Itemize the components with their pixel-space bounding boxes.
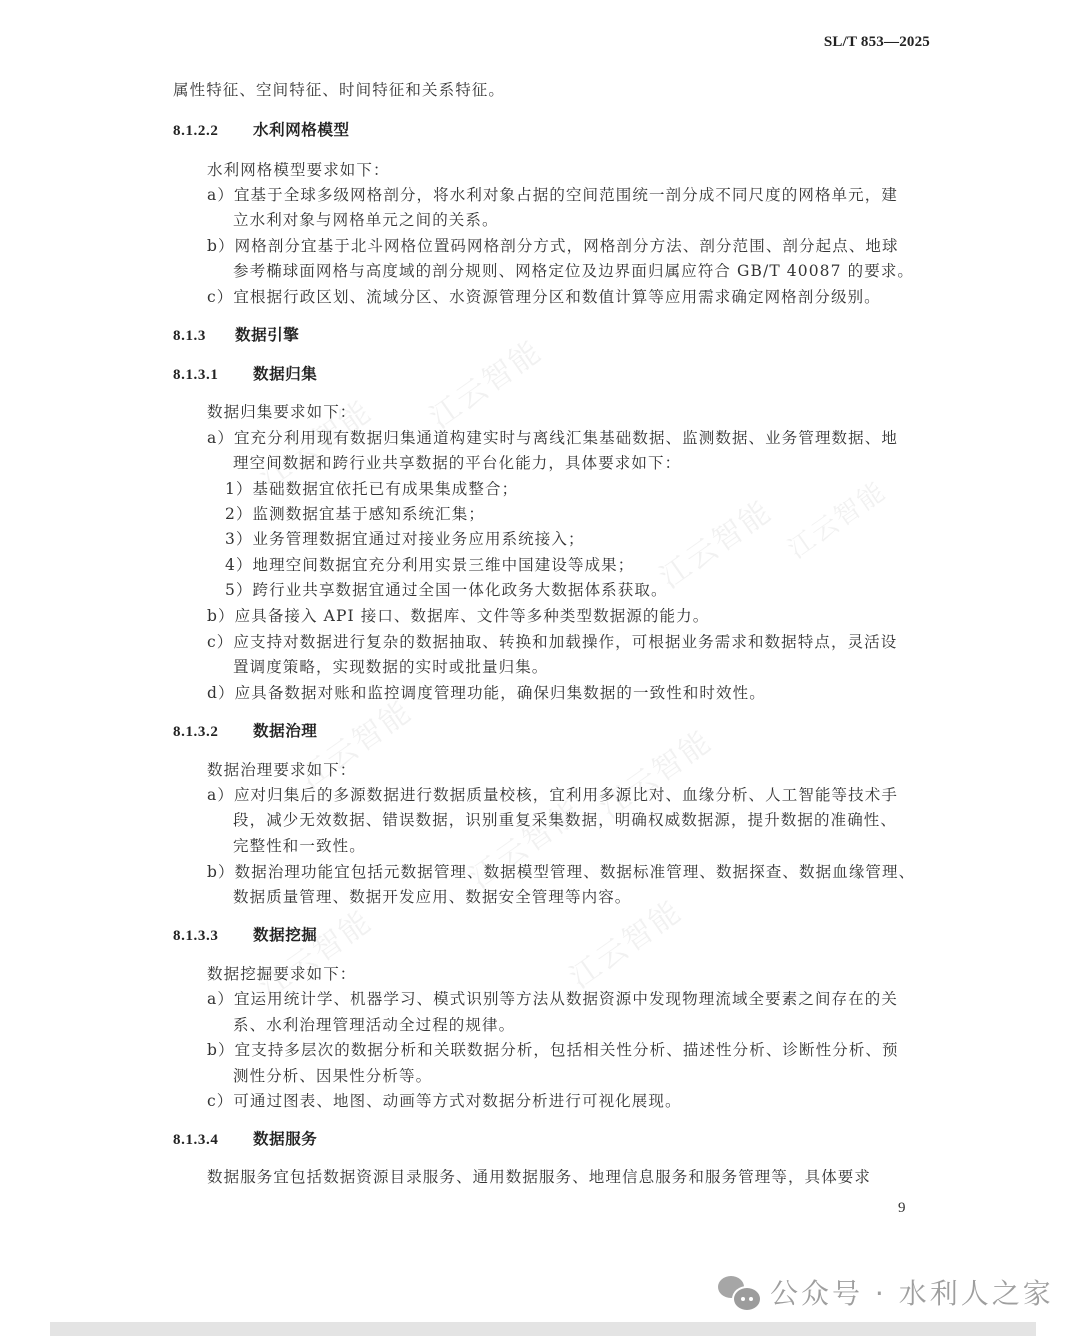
list-item-line: 置调度策略，实现数据的实时或批量归集。	[233, 657, 548, 677]
list-item-line: b）宜支持多层次的数据分析和关联数据分析，包括相关性分析、描述性分析、诊断性分析…	[207, 1040, 899, 1060]
section-title: 数据引擎	[235, 325, 299, 344]
section-heading-8-1-3: 8.1.3数据引擎	[173, 325, 299, 346]
sub-item-line: 4）地理空间数据宜充分利用实景三维中国建设等成果；	[225, 555, 634, 575]
section-heading-8-1-2-2: 8.1.2.2水利网格模型	[173, 120, 350, 141]
list-item-line: c）可通过图表、地图、动画等方式对数据分析进行可视化展现。	[207, 1091, 682, 1111]
list-item-line: d）应具备数据对账和监控调度管理功能，确保归集数据的一致性和时效性。	[207, 683, 766, 703]
section-number: 8.1.3.4	[173, 1130, 253, 1150]
list-item-line: 系、水利治理管理活动全过程的规律。	[233, 1015, 515, 1035]
section-title: 数据归集	[253, 364, 317, 383]
list-item-line: 完整性和一致性。	[233, 836, 366, 856]
list-item-line: b）数据治理功能宜包括元数据管理、数据模型管理、数据标准管理、数据探查、数据血缘…	[207, 862, 915, 882]
section-heading-8-1-3-1: 8.1.3.1数据归集	[173, 364, 317, 385]
wechat-icon	[718, 1274, 760, 1310]
list-item-line: a）宜充分利用现有数据归集通道构建实时与离线汇集基础数据、监测数据、业务管理数据…	[207, 428, 898, 448]
paragraph-line: 数据挖掘要求如下：	[207, 964, 356, 984]
section-title: 数据服务	[253, 1129, 317, 1148]
paragraph-line: 数据治理要求如下：	[207, 760, 356, 780]
watermark: 江云智能	[289, 687, 419, 796]
section-number: 8.1.3.2	[173, 722, 253, 742]
list-item-line: c）宜根据行政区划、流域分区、水资源管理分区和数值计算等应用需求确定网格剖分级别…	[207, 287, 881, 307]
paragraph-line: 数据服务宜包括数据资源目录服务、通用数据服务、地理信息服务和服务管理等，具体要求	[207, 1167, 871, 1187]
sub-item-line: 2）监测数据宜基于感知系统汇集；	[225, 504, 485, 524]
section-number: 8.1.3.3	[173, 926, 253, 946]
section-title: 水利网格模型	[253, 120, 350, 139]
section-number: 8.1.3	[173, 326, 235, 346]
section-heading-8-1-3-4: 8.1.3.4数据服务	[173, 1129, 317, 1150]
section-heading-8-1-3-3: 8.1.3.3数据挖掘	[173, 925, 317, 946]
section-number: 8.1.2.2	[173, 121, 253, 141]
list-item-line: c）应支持对数据进行复杂的数据抽取、转换和加载操作，可根据业务需求和数据特点，灵…	[207, 632, 897, 652]
sub-item-line: 1）基础数据宜依托已有成果集成整合；	[225, 479, 518, 499]
list-item-line: 立水利对象与网格单元之间的关系。	[233, 210, 499, 230]
sub-item-line: 5）跨行业共享数据宜通过全国一体化政务大数据体系获取。	[225, 580, 668, 600]
list-item-line: 测性分析、因果性分析等。	[233, 1066, 432, 1086]
list-item-line: 段，减少无效数据、错误数据，识别重复采集数据，明确权威数据源，提升数据的准确性、	[233, 810, 897, 830]
account-label: 公众号 · 水利人之家	[770, 1272, 1054, 1312]
paragraph-line: 属性特征、空间特征、时间特征和关系特征。	[173, 80, 505, 100]
bottom-bar	[50, 1322, 1036, 1336]
watermark: 江云智能	[780, 471, 893, 566]
standard-code: SL/T 853—2025	[824, 34, 930, 51]
page-number: 9	[898, 1200, 906, 1217]
list-item-line: 理空间数据和跨行业共享数据的平台化能力，具体要求如下：	[233, 453, 681, 473]
watermark: 江云智能	[419, 327, 549, 436]
list-item-line: b）应具备接入 API 接口、数据库、文件等多种类型数据源的能力。	[207, 606, 709, 626]
paragraph-line: 水利网格模型要求如下：	[207, 160, 390, 180]
watermark: 江云智能	[649, 487, 779, 596]
list-item-line: b）网格剖分宜基于北斗网格位置码网格剖分方式，网格剖分方法、剖分范围、剖分起点、…	[207, 236, 899, 256]
list-item-line: a）宜基于全球多级网格剖分，将水利对象占据的空间范围统一剖分成不同尺度的网格单元…	[207, 185, 898, 205]
paragraph-line: 数据归集要求如下：	[207, 402, 356, 422]
section-heading-8-1-3-2: 8.1.3.2数据治理	[173, 721, 317, 742]
list-item-line: a）宜运用统计学、机器学习、模式识别等方法从数据资源中发现物理流域全要素之间存在…	[207, 989, 898, 1009]
list-item-line: a）应对归集后的多源数据进行数据质量校核，宜利用多源比对、血缘分析、人工智能等技…	[207, 785, 898, 805]
list-item-line: 数据质量管理、数据开发应用、数据安全管理等内容。	[233, 887, 631, 907]
wechat-account-footer: 公众号 · 水利人之家	[718, 1272, 1054, 1312]
section-number: 8.1.3.1	[173, 365, 253, 385]
section-title: 数据治理	[253, 721, 317, 740]
list-item-line: 参考椭球面网格与高度域的剖分规则、网格定位及边界面归属应符合 GB/T 4008…	[233, 261, 914, 281]
sub-item-line: 3）业务管理数据宜通过对接业务应用系统接入；	[225, 529, 585, 549]
section-title: 数据挖掘	[253, 925, 317, 944]
